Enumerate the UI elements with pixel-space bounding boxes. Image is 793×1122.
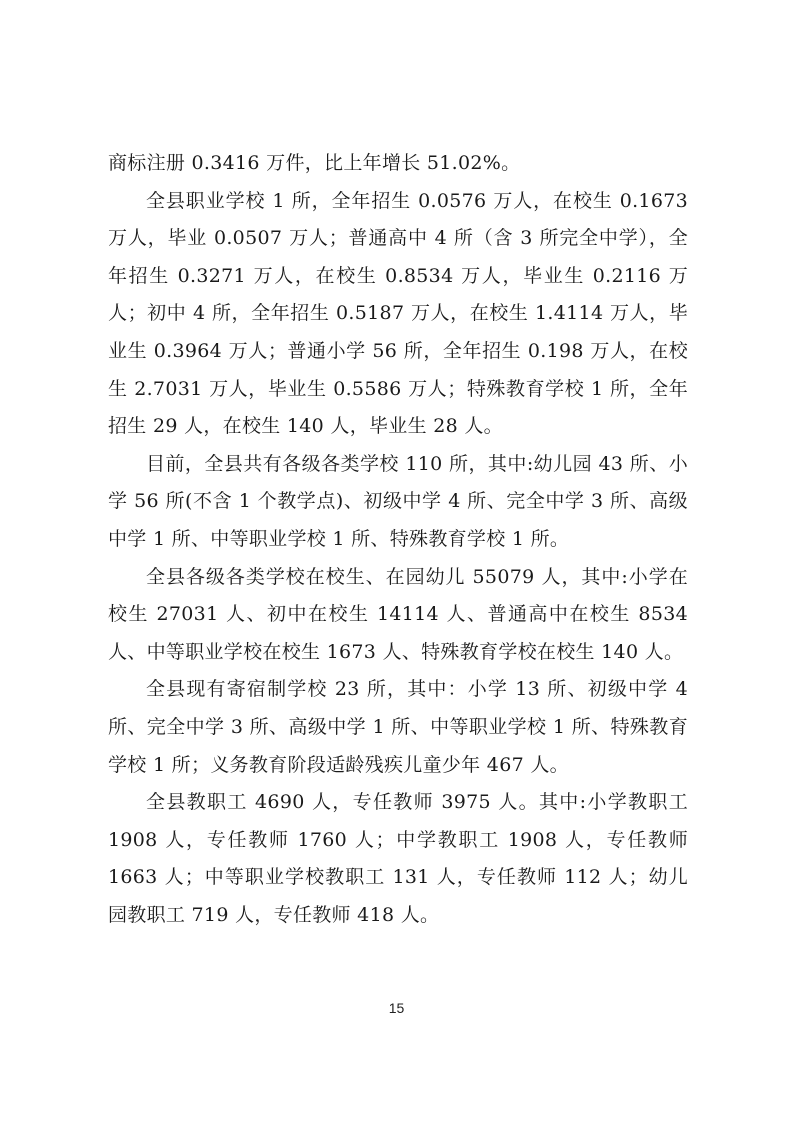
paragraph-school-count: 目前，全县共有各级各类学校 110 所，其中:幼儿园 43 所、小学 56 所(… bbox=[108, 446, 688, 559]
document-page: 商标注册 0.3416 万件，比上年增长 51.02%。 全县职业学校 1 所，… bbox=[0, 0, 793, 1122]
body-text: 商标注册 0.3416 万件，比上年增长 51.02%。 全县职业学校 1 所，… bbox=[108, 145, 688, 934]
paragraph-trademark: 商标注册 0.3416 万件，比上年增长 51.02%。 bbox=[108, 145, 688, 183]
paragraph-staff: 全县教职工 4690 人，专任教师 3975 人。其中:小学教职工 1908 人… bbox=[108, 784, 688, 934]
paragraph-student-count: 全县各级各类学校在校生、在园幼儿 55079 人，其中:小学在校生 27031 … bbox=[108, 559, 688, 672]
paragraph-school-enrollment: 全县职业学校 1 所，全年招生 0.0576 万人，在校生 0.1673 万人，… bbox=[108, 183, 688, 446]
page-number: 15 bbox=[0, 1000, 793, 1016]
paragraph-boarding-schools: 全县现有寄宿制学校 23 所，其中：小学 13 所、初级中学 4 所、完全中学 … bbox=[108, 671, 688, 784]
